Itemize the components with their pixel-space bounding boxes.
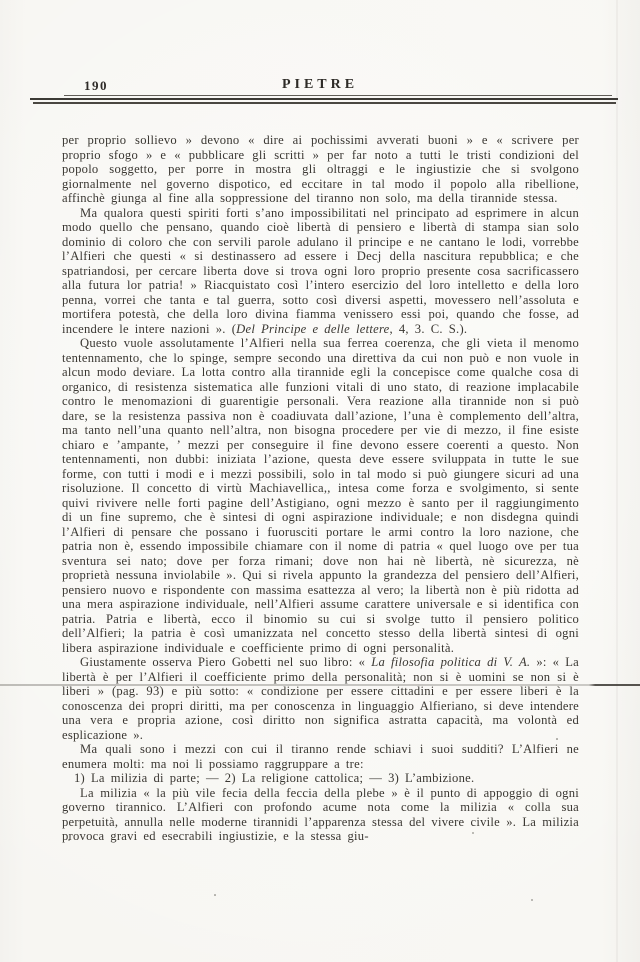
enumeration-line: 1) La milizia di parte; — 2) La religion… [62, 771, 579, 786]
book-page: 190 PIETRE per proprio sollievo » devono… [0, 0, 640, 962]
paragraph: Giustamente osserva Piero Gobetti nel su… [62, 655, 579, 742]
text-segment: per proprio sollievo » devono « dire ai … [62, 133, 579, 205]
page-body: per proprio sollievo » devono « dire ai … [62, 133, 579, 844]
scan-fold-line [616, 0, 618, 962]
paragraph: Questo vuole assolutamente l’Alfieri nel… [62, 336, 579, 655]
running-title: PIETRE [0, 77, 640, 93]
header-rule-top [30, 98, 618, 100]
text-segment: Ma qualora questi spiriti forti s’ano im… [62, 206, 579, 336]
text-segment: 1) La milizia di parte; — 2) La religion… [74, 771, 474, 785]
book-citation-italic: Del Principe e delle lettere [236, 322, 389, 336]
scan-speck [214, 894, 216, 896]
scan-speck [531, 899, 533, 901]
book-title-italic: La filosofia politica di V. A. [371, 655, 530, 669]
paragraph-continuation: per proprio sollievo » devono « dire ai … [62, 133, 579, 206]
paragraph: La milizia « la più vile fecia della fec… [62, 786, 579, 844]
text-segment: Giustamente osserva Piero Gobetti nel su… [80, 655, 371, 669]
header-rule-thin [64, 95, 612, 96]
text-segment: , 4, 3. C. S.). [389, 322, 467, 336]
header-rule-bottom [33, 102, 616, 104]
text-segment: Ma quali sono i mezzi con cui il tiranno… [62, 742, 579, 771]
text-segment: La milizia « la più vile fecia della fec… [62, 786, 579, 844]
paragraph: Ma qualora questi spiriti forti s’ano im… [62, 206, 579, 337]
paragraph: Ma quali sono i mezzi con cui il tiranno… [62, 742, 579, 771]
text-segment: Questo vuole assolutamente l’Alfieri nel… [62, 336, 579, 655]
